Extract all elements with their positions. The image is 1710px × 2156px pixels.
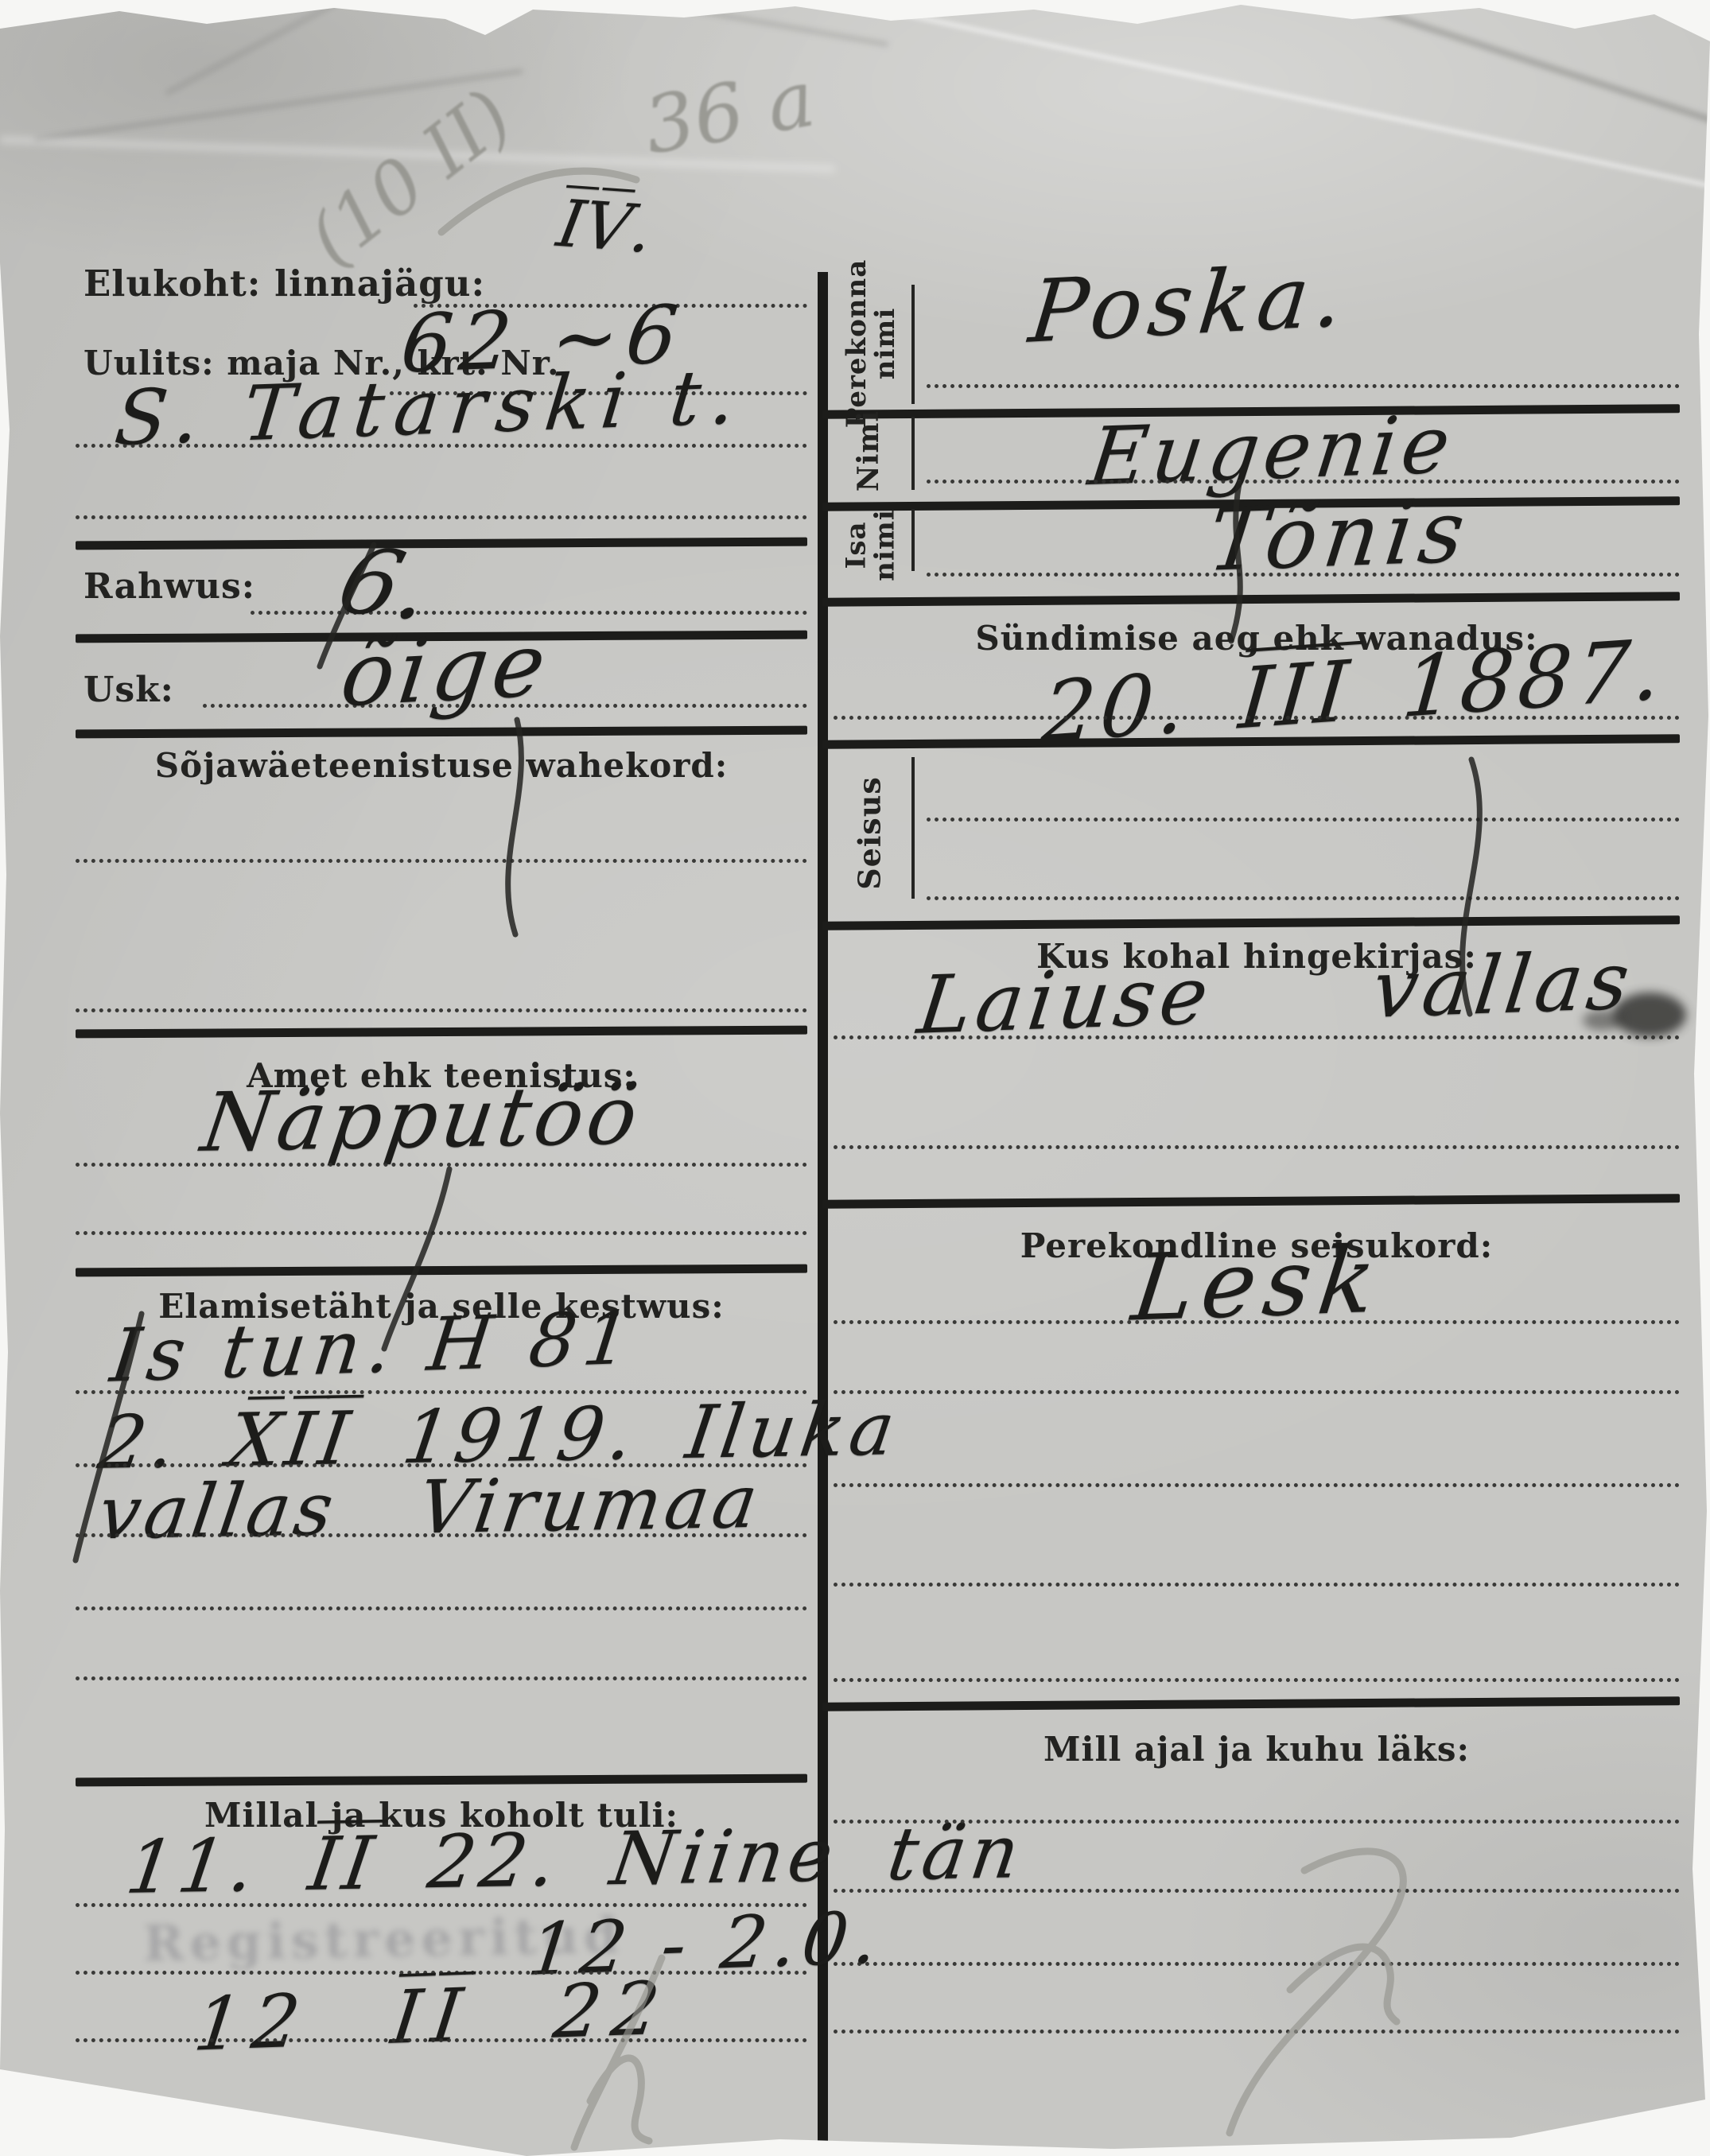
dotted-line	[834, 2030, 1680, 2034]
field-label-estate-text: Seisus	[853, 776, 885, 889]
ink-blot	[1583, 1010, 1623, 1031]
pencil-scribble-r	[1290, 1947, 1397, 2022]
field-value-arrival-3: 12 I̅I̅ 22	[190, 1965, 675, 2067]
label-divider-rule	[911, 285, 915, 404]
field-value-marital: Lesk	[1127, 1226, 1389, 1342]
dotted-line	[834, 1145, 1680, 1149]
field-label-departure: Mill ajal ja kuhu läks:	[834, 1730, 1680, 1769]
field-label-father: Isa nimi	[834, 496, 909, 595]
field-label-surname-line2: nimi	[872, 308, 900, 380]
field-value-permit-3: vallas Virumaa	[94, 1459, 767, 1556]
dotted-line	[927, 818, 1680, 822]
dotted-line	[76, 444, 807, 448]
field-value-surname: Poska.	[1025, 246, 1354, 363]
field-value-occupation: Näpputöö	[196, 1068, 647, 1171]
pencil-signature	[590, 2058, 649, 2141]
dotted-line	[76, 859, 807, 863]
dotted-line	[834, 1820, 1680, 1824]
dotted-line	[834, 1678, 1680, 1682]
dotted-line	[927, 896, 1680, 900]
scanned-registration-card: (10 II) 36 a Elukoht: linnajägu: I̅V̅. U…	[0, 0, 1710, 2156]
field-label-estate: Seisus	[848, 770, 892, 897]
dotted-line	[76, 1008, 807, 1012]
label-divider-rule	[911, 509, 915, 571]
dotted-line	[76, 1676, 807, 1680]
dotted-line	[927, 573, 1680, 577]
rule-heavy	[76, 1774, 807, 1787]
rule-heavy	[822, 915, 1680, 930]
dotted-line	[76, 2038, 807, 2042]
field-label-surname-line1: Perekonna	[843, 259, 872, 429]
dotted-line	[76, 1231, 807, 1235]
field-label-firstname: Nimi	[849, 407, 889, 495]
rule-heavy	[822, 592, 1680, 607]
field-value-religion: õige	[336, 613, 555, 727]
field-value-district: I̅V̅.	[552, 186, 659, 267]
crease-shadow	[1114, 0, 1710, 145]
dotted-line	[927, 384, 1680, 388]
dotted-line	[76, 1163, 807, 1167]
field-label-nationality: Rahwus:	[84, 566, 255, 607]
pencil-scribble-j	[1230, 1851, 1403, 2133]
rule-heavy	[76, 726, 807, 739]
field-label-surname: Perekonna nimi	[832, 270, 911, 417]
label-divider-rule	[911, 417, 915, 490]
paper-sheet: (10 II) 36 a Elukoht: linnajägu: I̅V̅. U…	[0, 0, 1710, 2156]
pencil-note-left: (10 II)	[293, 73, 527, 282]
dotted-line	[834, 1583, 1680, 1587]
crease-highlight	[868, 5, 1710, 192]
dotted-line	[76, 1606, 807, 1610]
dotted-line	[76, 1533, 807, 1537]
rule-heavy	[822, 1696, 1680, 1711]
field-label-religion: Usk:	[84, 670, 174, 710]
field-value-arrival-1: 11. I̅I̅ 22. Niine tän	[122, 1809, 1029, 1910]
dotted-line	[834, 1889, 1680, 1893]
label-divider-rule	[911, 757, 915, 899]
field-value-permit-1: Is tun. H 81	[107, 1295, 643, 1399]
dotted-line	[834, 1390, 1680, 1394]
crease-shadow	[165, 0, 392, 95]
field-label-father-line1: Isa	[842, 521, 871, 569]
dotted-line	[834, 1035, 1680, 1039]
field-label-military: Sõjawäeteenistuse wahekord:	[76, 746, 807, 785]
rule-heavy	[822, 1194, 1680, 1209]
rule-heavy	[76, 1026, 807, 1039]
dotted-line	[834, 1962, 1680, 1966]
pencil-note-right: 36 a	[638, 53, 822, 172]
dotted-line	[834, 1320, 1680, 1324]
dotted-line	[834, 1483, 1680, 1487]
dotted-line	[927, 480, 1680, 484]
crease-shadow	[496, 0, 888, 46]
ink-blot	[1613, 993, 1686, 1037]
dotted-line	[76, 515, 807, 519]
field-label-firstname-text: Nimi	[854, 410, 884, 491]
rule-heavy	[76, 1264, 807, 1277]
dotted-line	[834, 716, 1680, 720]
field-label-father-line2: nimi	[871, 509, 900, 581]
